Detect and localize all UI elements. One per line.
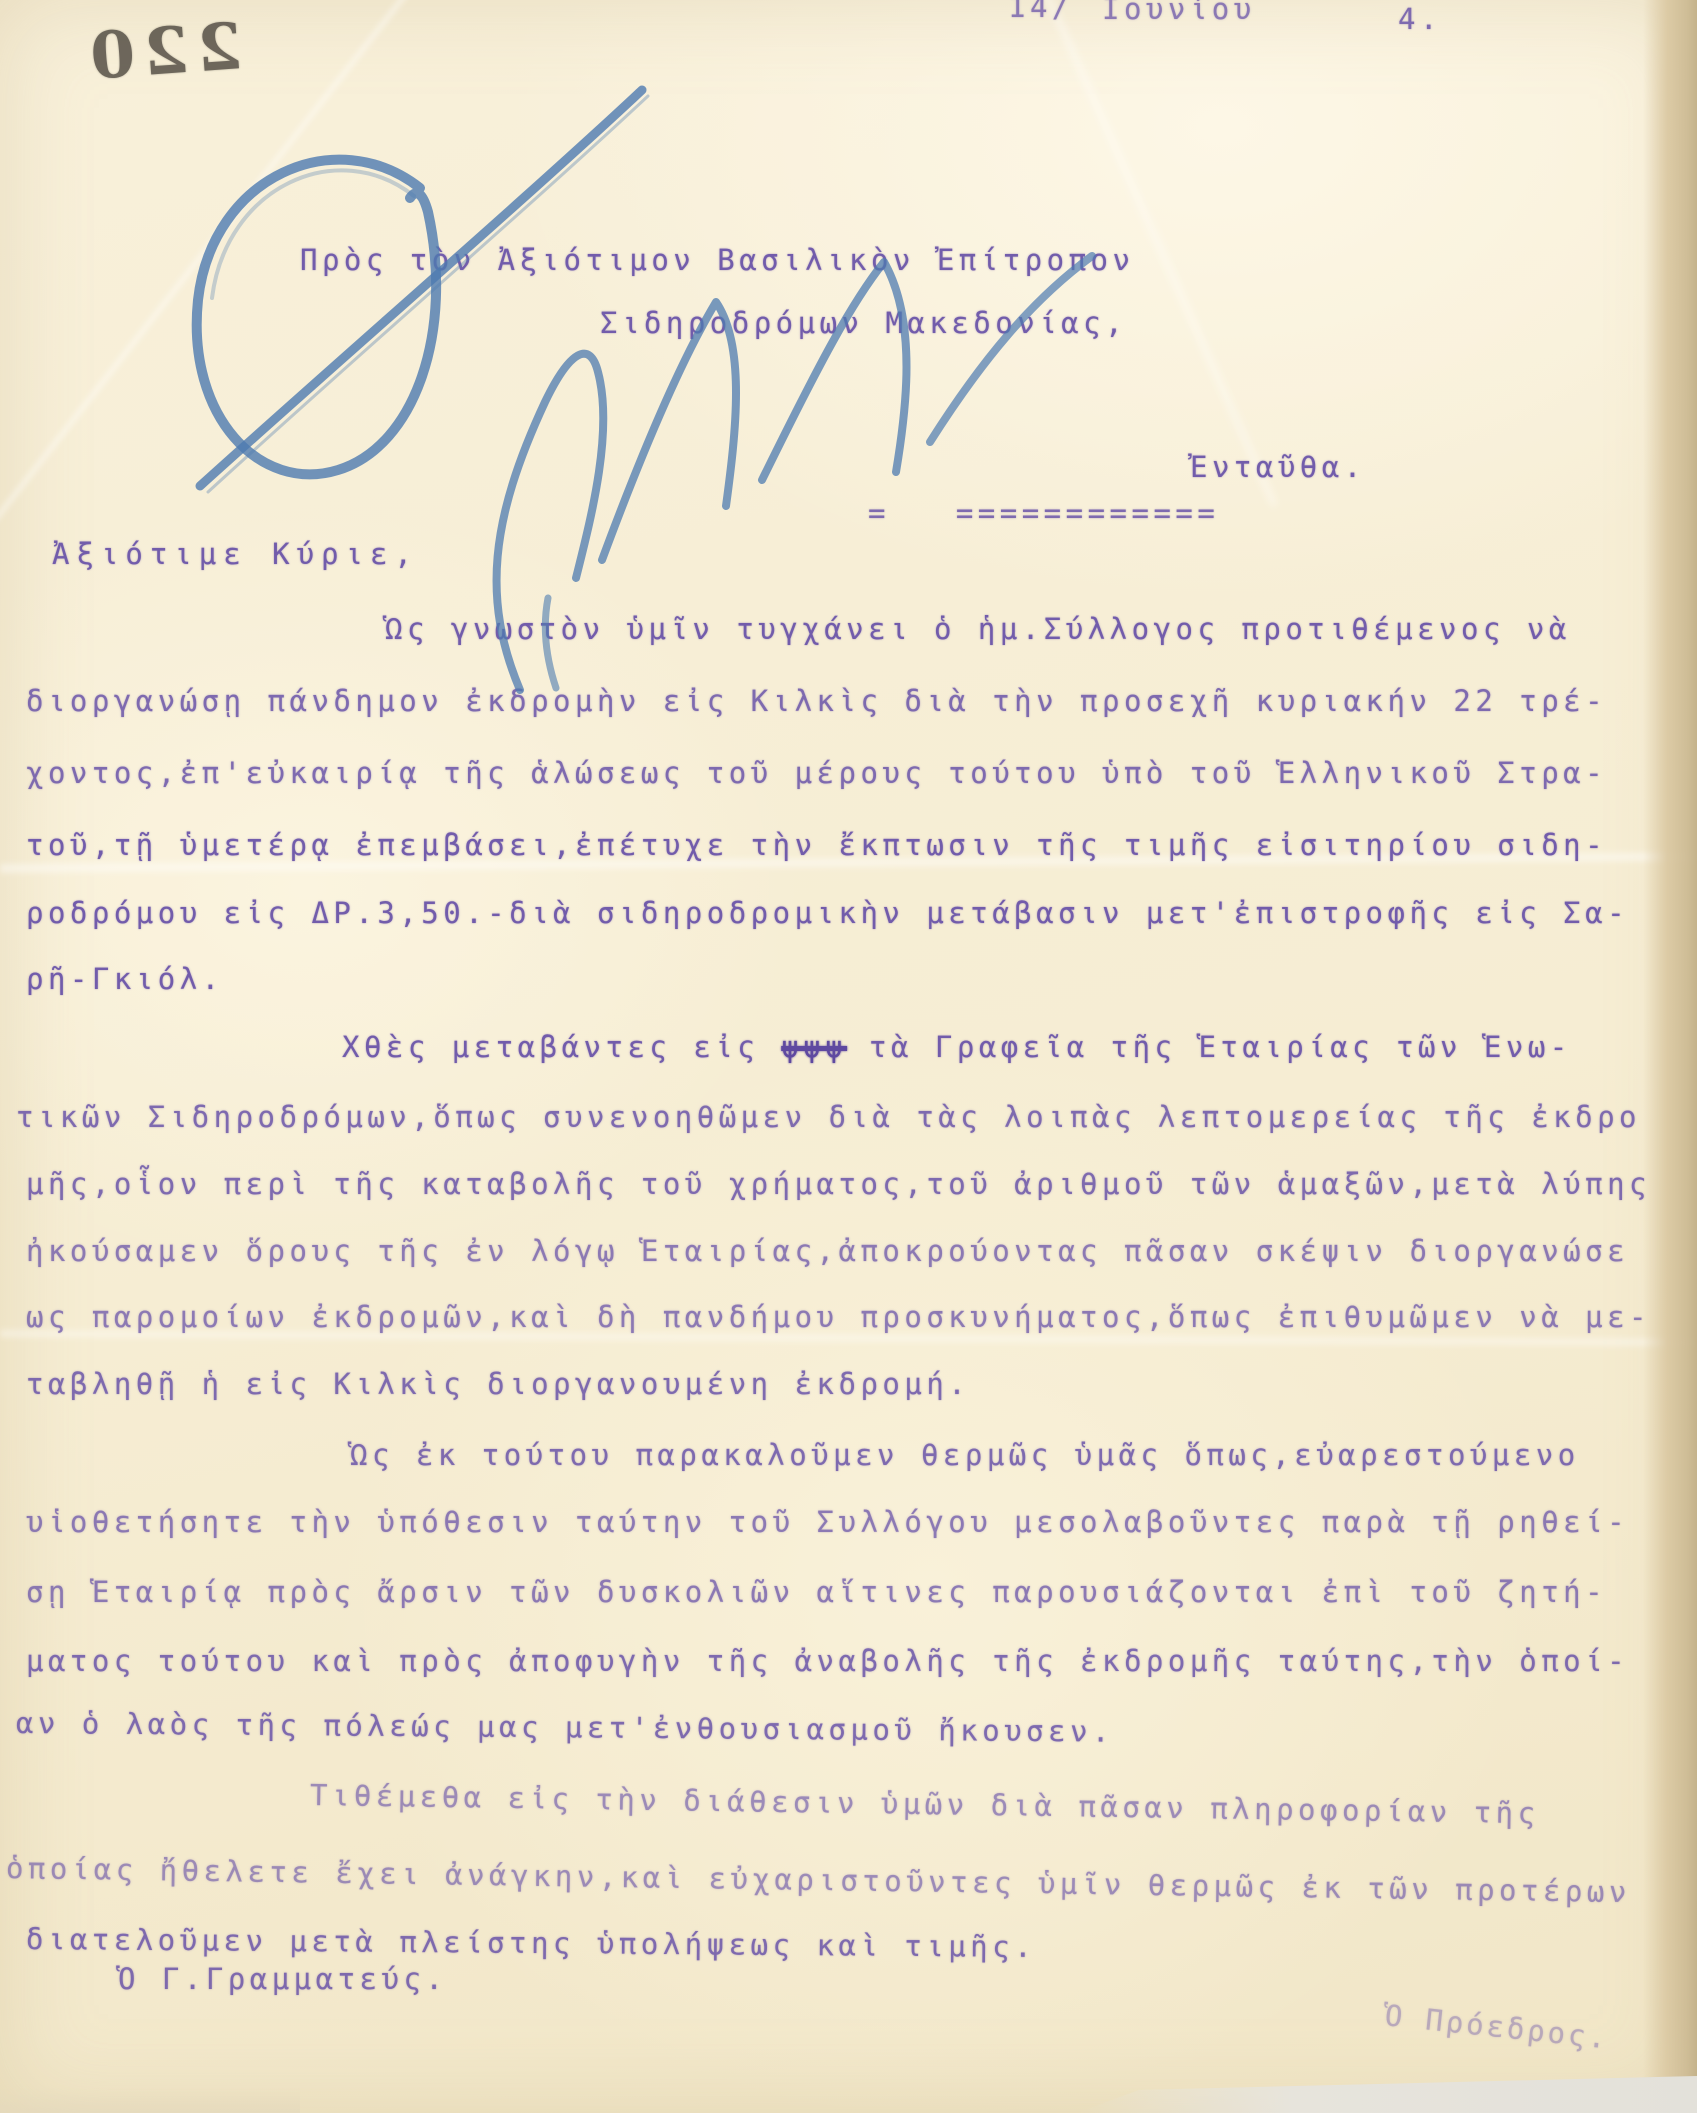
date-year: 4. (1398, 2, 1442, 36)
body-line: Ὡς ἐκ τούτου παρακαλοῦμεν θερμῶς ὑμᾶς ὅπ… (350, 1438, 1580, 1472)
body-line: διατελοῦμεν μετὰ πλείστης ὑπολήψεως καὶ … (26, 1922, 1036, 1964)
page-number-stamp: 220 (40, 9, 245, 98)
body-line: Τιθέμεθα εἰς τὴν διάθεσιν ὑμῶν διὰ πᾶσαν… (310, 1778, 1540, 1830)
recipient-line: Σιδηροδρόμων Μακεδονίας, (600, 306, 1127, 340)
recipient-underline: = ============ (868, 496, 1219, 530)
body-line: ταβληθῇ ἡ εἰς Κιλκὶς διοργανουμένη ἐκδρο… (26, 1367, 970, 1401)
letter-page: 220 14/ Ιουνίου 4. Πρὸς τὸν Ἀξιότιμον Βα… (0, 0, 1697, 2113)
signature-secretary: Ὁ Γ.Γραμματεύς. (118, 1962, 447, 1996)
recipient-place: Ἐνταῦθα. (1190, 450, 1366, 484)
body-line: ἠκούσαμεν ὅρους τῆς ἐν λόγῳ Ἑταιρίας,ἀπο… (26, 1234, 1629, 1268)
scan-bottom-edge (1077, 2071, 1697, 2113)
date-month: Ιουνίου (1102, 0, 1256, 26)
body-line: Ὡς γνωστὸν ὑμῖν τυγχάνει ὁ ἡμ.Σύλλογος π… (385, 612, 1571, 646)
paper-right-edge (1643, 0, 1697, 2113)
body-line: υἱοθετήσητε τὴν ὑπόθεσιν ταύτην τοῦ Συλλ… (26, 1505, 1629, 1539)
body-line: τικῶν Σιδηροδρόμων,ὅπως συνενοηθῶμεν διὰ… (16, 1100, 1641, 1134)
body-line: μῆς,οἷον περὶ τῆς καταβολῆς τοῦ χρήματος… (26, 1167, 1651, 1201)
recipient-line: Πρὸς τὸν Ἀξιότιμον Βασιλικὸν Ἐπίτροπον (300, 243, 1134, 277)
body-line: σῃ Ἑταιρίᾳ πρὸς ἄρσιν τῶν δυσκολιῶν αἵτι… (26, 1575, 1607, 1609)
body-line: διοργανώσῃ πάνδημον ἐκδρομὴν εἰς Κιλκὶς … (26, 684, 1607, 718)
date-day: 14/ (1008, 0, 1074, 24)
body-line: ως παρομοίων ἐκδρομῶν,καὶ δὴ πανδήμου πρ… (26, 1300, 1651, 1334)
body-line: ρῆ-Γκιόλ. (26, 962, 224, 996)
body-text: τὰ Γραφεῖα τῆς Ἑταιρίας τῶν Ἑνω- (847, 1030, 1572, 1064)
body-line: ματος τούτου καὶ πρὸς ἀποφυγὴν τῆς ἀναβο… (26, 1644, 1629, 1678)
body-text: Χθὲς μεταβάντες εἰς (342, 1030, 781, 1064)
body-line: χοντος,ἐπ'εὐκαιρίᾳ τῆς ἁλώσεως τοῦ μέρου… (26, 756, 1607, 790)
body-line: ὁποίας ἤθελετε ἔχει ἀνάγκην,καὶ εὐχαριστ… (6, 1851, 1631, 1909)
salutation: Ἀξιότιμε Κύριε, (52, 537, 419, 571)
body-line: τοῦ,τῇ ὑμετέρᾳ ἐπεμβάσει,ἐπέτυχε τὴν ἔκπ… (26, 828, 1607, 862)
body-line: ροδρόμου εἰς ΔΡ.3,50.-διὰ σιδηροδρομικὴν… (26, 896, 1629, 930)
signature-president: Ὁ Πρόεδρος. (1383, 1998, 1610, 2055)
struck-out-text: ψψψ (781, 1030, 847, 1064)
paper-bottom-edge (0, 2087, 300, 2113)
body-line: αν ὁ λαὸς τῆς πόλεώς μας μετ'ἐνθουσιασμο… (16, 1706, 1114, 1749)
body-line: Χθὲς μεταβάντες εἰς ψψψ τὰ Γραφεῖα τῆς Ἑ… (342, 1030, 1572, 1064)
